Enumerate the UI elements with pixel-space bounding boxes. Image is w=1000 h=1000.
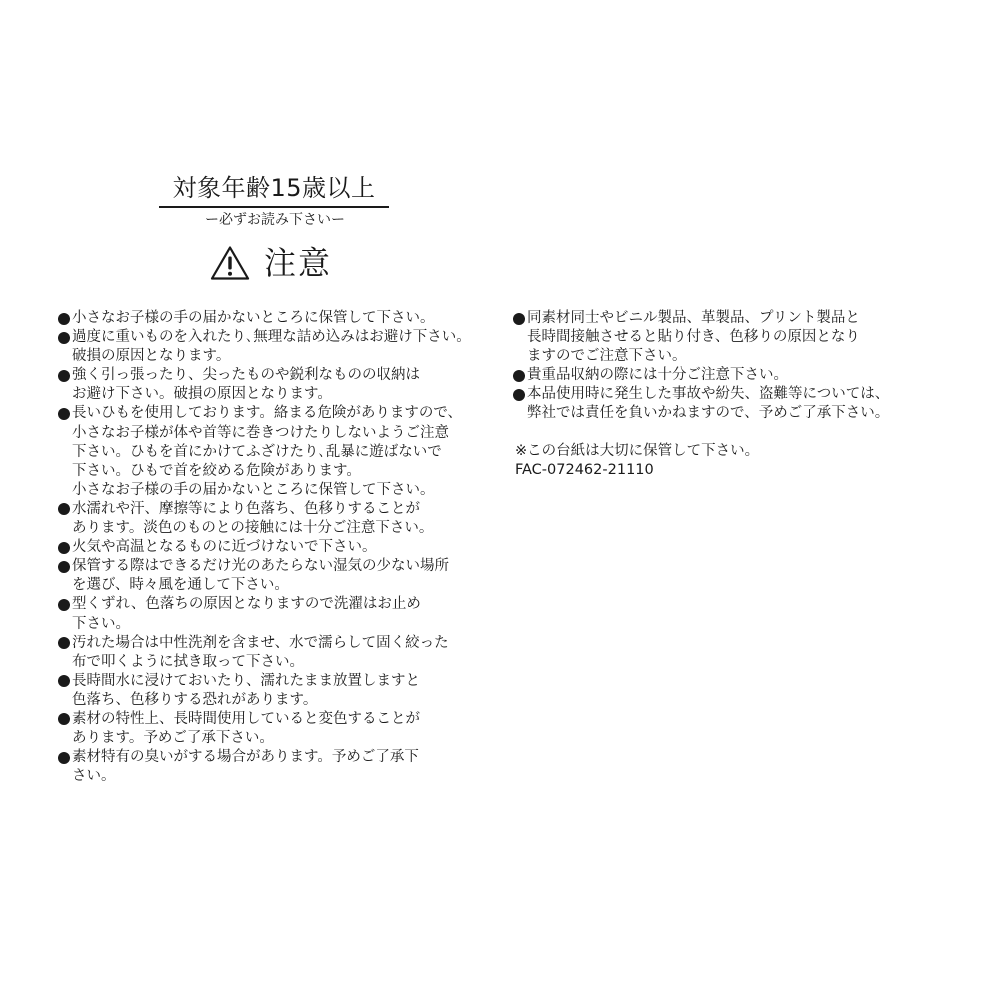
caution-item: 型くずれ、色落ちの原因となりますので洗濯はお止め 下さい。 <box>58 595 488 633</box>
bullet-icon <box>58 672 72 691</box>
caution-text: 同素材同士やビニル製品、革製品、プリント製品と <box>527 309 953 328</box>
caution-text: 貴重品収納の際には十分ご注意下さい。 <box>527 366 953 385</box>
caution-item: 長いひもを使用しております。絡まる危険がありますので、 小さなお子様が体や首等に… <box>58 404 488 499</box>
caution-text: 過度に重いものを入れたり､無理な詰め込みはお避け下さい。 <box>72 328 488 347</box>
caution-item: 火気や高温となるものに近づけないで下さい。 <box>58 538 488 557</box>
caution-text: を選び、時々風を通して下さい。 <box>72 576 488 595</box>
caution-item: 素材の特性上、長時間使用していると変色することが あります。予めご了承下さい。 <box>58 710 488 748</box>
caution-text: 小さなお子様が体や首等に巻きつけたりしないようご注意 <box>72 424 488 443</box>
bullet-icon <box>58 634 72 653</box>
caution-text: あります。淡色のものとの接触には十分ご注意下さい。 <box>72 519 488 538</box>
caution-text: 水濡れや汗、摩擦等により色落ち、色移りすることが <box>72 500 488 519</box>
caution-item: 強く引っ張ったり、尖ったものや鋭利なものの収納は お避け下さい。破損の原因となり… <box>58 366 488 404</box>
caution-text: 破損の原因となります。 <box>72 347 488 366</box>
right-caution-list: 同素材同士やビニル製品、革製品、プリント製品と 長時間接触させると貼り付き、色移… <box>513 309 953 480</box>
caution-text: 布で叩くように拭き取って下さい。 <box>72 653 488 672</box>
caution-text: 火気や高温となるものに近づけないで下さい。 <box>72 538 488 557</box>
caution-text: お避け下さい。破損の原因となります。 <box>72 385 488 404</box>
caution-text: 小さなお子様の手の届かないところに保管して下さい。 <box>72 481 488 500</box>
caution-text: 長時間接触させると貼り付き、色移りの原因となり <box>527 328 953 347</box>
caution-item: 長時間水に浸けておいたり、濡れたまま放置しますと 色落ち、色移りする恐れがありま… <box>58 672 488 710</box>
caution-text: 保管する際はできるだけ光のあたらない湿気の少ない場所 <box>72 557 488 576</box>
caution-text: 素材の特性上、長時間使用していると変色することが <box>72 710 488 729</box>
caution-text: 長いひもを使用しております。絡まる危険がありますので、 <box>72 404 488 423</box>
caution-item: 汚れた場合は中性洗剤を含ませ、水で濡らして固く絞った 布で叩くように拭き取って下… <box>58 634 488 672</box>
footer-note-block: ※この台紙は大切に保管して下さい。 FAC-072462-21110 <box>513 442 953 480</box>
caution-text: 本品使用時に発生した事故や紛失、盗難等については、 <box>527 385 953 404</box>
caution-label: 注意 <box>264 243 332 283</box>
caution-item: 本品使用時に発生した事故や紛失、盗難等については、 弊社では責任を負いかねますの… <box>513 385 953 423</box>
bullet-icon <box>513 366 527 385</box>
caution-heading: 注意 <box>210 238 332 288</box>
caution-text: 弊社では責任を負いかねますので、予めご了承下さい。 <box>527 404 953 423</box>
caution-text: 長時間水に浸けておいたり、濡れたまま放置しますと <box>72 672 488 691</box>
bullet-icon <box>58 748 72 767</box>
bullet-icon <box>513 309 527 328</box>
caution-item: 保管する際はできるだけ光のあたらない湿気の少ない場所 を選び、時々風を通して下さ… <box>58 557 488 595</box>
bullet-icon <box>58 328 72 347</box>
caution-text: 下さい。ひもを首にかけてふざけたり､乱暴に遊ばないで <box>72 443 488 462</box>
title-underline <box>159 206 389 208</box>
caution-text: 下さい。 <box>72 615 488 634</box>
bullet-icon <box>58 595 72 614</box>
caution-text: 色落ち、色移りする恐れがあります。 <box>72 691 488 710</box>
warning-triangle-icon <box>210 245 250 281</box>
caution-item: 水濡れや汗、摩擦等により色落ち、色移りすることが あります。淡色のものとの接触に… <box>58 500 488 538</box>
caution-text: 素材特有の臭いがする場合があります。予めご了承下 <box>72 748 488 767</box>
bullet-icon <box>58 309 72 328</box>
caution-text: 小さなお子様の手の届かないところに保管して下さい。 <box>72 309 488 328</box>
bullet-icon <box>58 710 72 729</box>
caution-item: 貴重品収納の際には十分ご注意下さい。 <box>513 366 953 385</box>
bullet-icon <box>58 538 72 557</box>
caution-text: さい。 <box>72 767 488 786</box>
caution-item: 素材特有の臭いがする場合があります。予めご了承下 さい。 <box>58 748 488 786</box>
caution-item: 同素材同士やビニル製品、革製品、プリント製品と 長時間接触させると貼り付き、色移… <box>513 309 953 366</box>
bullet-icon <box>58 404 72 423</box>
bullet-icon <box>58 366 72 385</box>
must-read-note: ー必ずお読み下さいー <box>150 210 400 230</box>
caution-text: 汚れた場合は中性洗剤を含ませ、水で濡らして固く絞った <box>72 634 488 653</box>
caution-text: ますのでご注意下さい。 <box>527 347 953 366</box>
bullet-icon <box>58 500 72 519</box>
caution-item: 小さなお子様の手の届かないところに保管して下さい。 <box>58 309 488 328</box>
bullet-icon <box>513 385 527 404</box>
caution-text: 型くずれ、色落ちの原因となりますので洗濯はお止め <box>72 595 488 614</box>
keep-card-note: ※この台紙は大切に保管して下さい。 <box>513 442 953 461</box>
age-requirement-title: 対象年齢15歳以上 <box>160 172 388 204</box>
bullet-icon <box>58 557 72 576</box>
product-code: FAC-072462-21110 <box>513 461 953 480</box>
left-caution-list: 小さなお子様の手の届かないところに保管して下さい。 過度に重いものを入れたり､無… <box>58 309 488 786</box>
caution-text: あります。予めご了承下さい。 <box>72 729 488 748</box>
caution-text: 強く引っ張ったり、尖ったものや鋭利なものの収納は <box>72 366 488 385</box>
caution-item: 過度に重いものを入れたり､無理な詰め込みはお避け下さい。 破損の原因となります。 <box>58 328 488 366</box>
caution-text: 下さい。ひもで首を絞める危険があります。 <box>72 462 488 481</box>
